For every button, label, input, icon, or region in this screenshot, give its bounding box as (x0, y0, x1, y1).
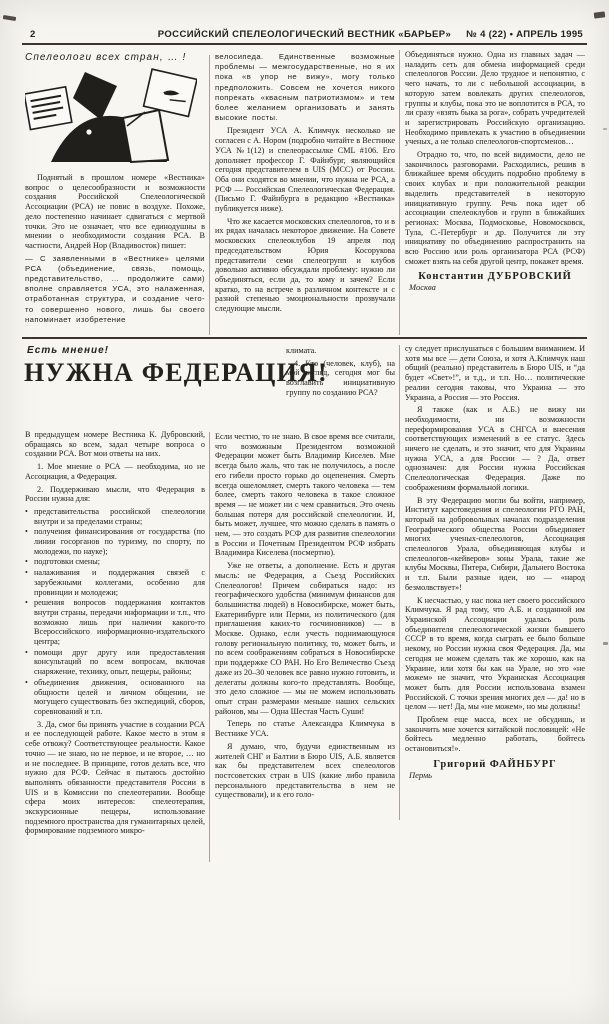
header-rule (22, 43, 587, 45)
issue-date: № 4 (22) • АПРЕЛЬ 1995 (466, 29, 583, 40)
reader-quote: — С заявленными в «Вестнике» целями РСА … (25, 254, 205, 325)
scan-smudge (603, 128, 607, 130)
left-envelope (25, 87, 72, 130)
paragraph: су следует прислушаться с большим вниман… (405, 344, 585, 402)
list-item: помощи друг другу или предоставления кон… (34, 648, 205, 677)
numbered-answer-2: 2. Поддерживаю мысли, что Федерация в Ро… (25, 485, 205, 504)
paragraph: Что же касается московских спелеологов, … (215, 217, 395, 314)
scan-smudge (594, 11, 606, 18)
federation-column-2-narrow: климата. 4. Кто (человек, клуб), на мой … (286, 346, 395, 430)
flying-letters-illustration (25, 68, 197, 168)
column-divider (209, 432, 210, 862)
column-divider (399, 345, 400, 820)
reader-quote-continued: велосипеда. Единственные возможные пробл… (215, 52, 395, 123)
list-item: налаживания и поддержания связей с заруб… (34, 568, 205, 597)
author-signature: Григорий ФАЙНБУРГ (405, 760, 585, 770)
federation-goals-list: представительства российской спелеологии… (25, 507, 205, 717)
continuation-word: климата. (286, 346, 395, 356)
paragraph: Я также (как и А.Б.) не вижу ни необходи… (405, 405, 585, 492)
author-city: Пермь (405, 771, 585, 781)
paragraph: Президент УСА А. Климчук несколько не со… (215, 126, 395, 213)
discussion-column-3: Объединяться нужно. Одна из главных зада… (405, 50, 585, 337)
section-kicker: Есть мнение! (27, 345, 109, 356)
numbered-answer-1: 1. Мое мнение о РСА — необходима, но не … (25, 462, 205, 481)
column-divider (399, 50, 400, 335)
federation-column-2: Если честно, то не знаю. В свое время вс… (215, 432, 395, 882)
column-divider (209, 55, 210, 335)
discussion-column-1: Спелеологи всех стран, … ! (25, 52, 205, 336)
paragraph: Отрадно то, что, по всей видимости, дело… (405, 150, 585, 266)
scan-smudge (3, 15, 16, 21)
motto-line: Спелеологи всех стран, … ! (25, 52, 205, 63)
list-item: получения финансирования от государства … (34, 527, 205, 556)
envelope-flap (123, 110, 168, 162)
list-item: решения вопросов поддержания контактов в… (34, 598, 205, 647)
paragraph: Объединяться нужно. Одна из главных зада… (405, 50, 585, 147)
numbered-answer-3: 3. Да, смог бы принять участие в создани… (25, 720, 205, 836)
paragraph: Проблем еще масса, всех не обсудишь, и з… (405, 715, 585, 754)
author-city: Москва (405, 283, 585, 293)
paragraph: Если честно, то не знаю. В свое время вс… (215, 432, 395, 558)
list-item: объединения движения, основанного на общ… (34, 678, 205, 717)
section-divider-rule (22, 337, 587, 339)
numbered-question-4: 4. Кто (человек, клуб), на мой взгляд, с… (286, 359, 395, 398)
discussion-column-2: велосипеда. Единственные возможные пробл… (215, 52, 395, 336)
dome-highlight (86, 129, 91, 134)
paragraph: В эту Федерацию могли бы войти, например… (405, 496, 585, 593)
author-signature: Константин ДУБРОВСКИЙ (405, 272, 585, 282)
list-item: представительства российской спелеологии… (34, 507, 205, 526)
paragraph: К несчастью, у нас пока нет своего росси… (405, 596, 585, 712)
federation-column-1: В предыдущем номере Вестника К. Дубровск… (25, 430, 205, 875)
paragraph: Я думаю, что, будучи единственным из жит… (215, 742, 395, 800)
right-envelope (144, 69, 197, 116)
federation-column-3: су следует прислушаться с большим вниман… (405, 344, 585, 904)
scan-smudge (603, 642, 608, 645)
list-item: подготовки смены; (34, 557, 205, 567)
paragraph: В предыдущем номере Вестника К. Дубровск… (25, 430, 205, 459)
paragraph: Поднятый в прошлом номере «Вестника» воп… (25, 173, 205, 251)
newspaper-page: 2 РОССИЙСКИЙ СПЕЛЕОЛОГИЧЕСКИЙ ВЕСТНИК «Б… (0, 0, 609, 1024)
paragraph: Теперь по статье Александра Климчука в В… (215, 719, 395, 738)
paragraph: Уже не ответы, а дополнение. Есть и друг… (215, 561, 395, 716)
dark-letter (73, 72, 117, 120)
